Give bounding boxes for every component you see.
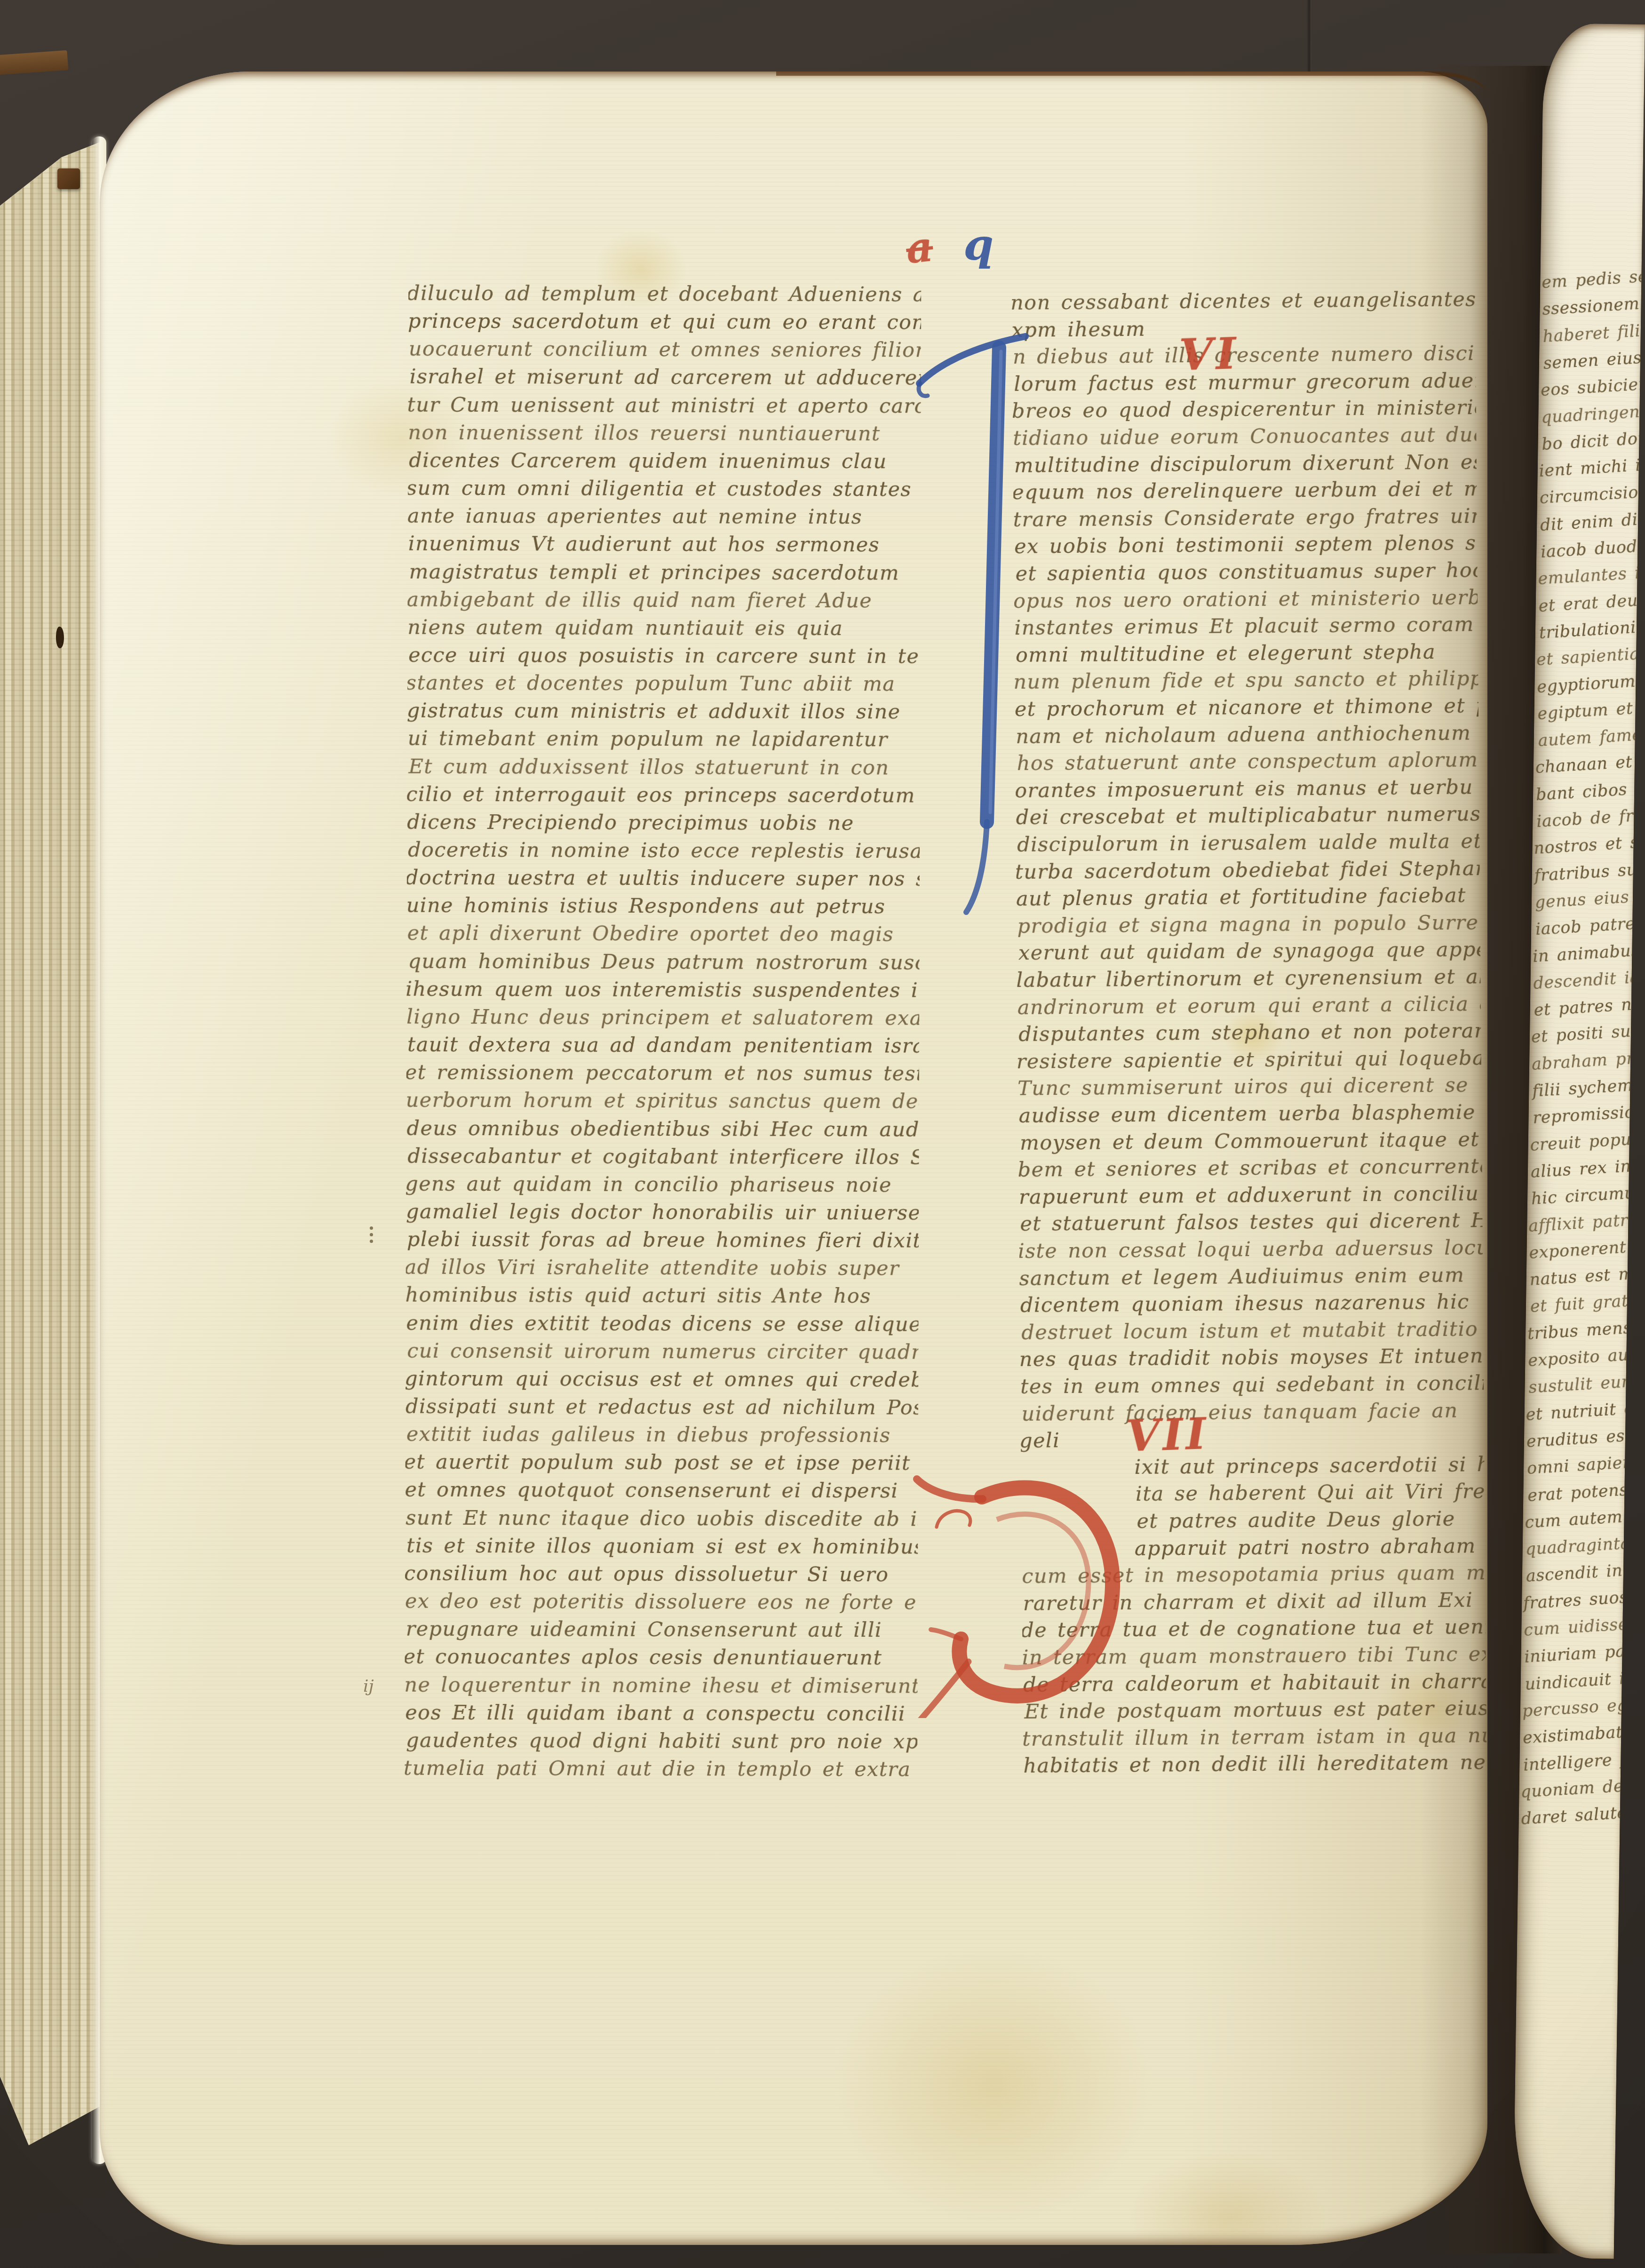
- leather-index-tab-small: [56, 627, 64, 648]
- text-line: emulantes ioseph: [1537, 561, 1645, 589]
- text-line: nostros et secundo: [1533, 830, 1645, 858]
- text-line: Et cum adduxissent illos statuerunt in c…: [409, 756, 890, 779]
- text-line: ihesum quem uos interemistis suspendente…: [405, 978, 921, 1002]
- text-line: gistratus cum ministris et adduxit illos…: [407, 700, 901, 724]
- text-line: prodigia et signa magna in populo Surre: [1017, 912, 1478, 938]
- text-line: chanaan et tribula: [1535, 749, 1645, 777]
- text-line: exponerent infantes: [1528, 1234, 1645, 1262]
- text-line: ambigebant de illis quid nam fieret Adue: [406, 589, 872, 612]
- text-line: gamaliel legis doctor honorabilis uir un…: [406, 1201, 921, 1225]
- text-line: dicentem quoniam ihesus nazarenus hic: [1020, 1291, 1470, 1317]
- text-line: enim dies extitit teodas dicens se esse …: [406, 1312, 921, 1336]
- text-line: orantes imposuerunt eis manus et uerbu: [1015, 776, 1473, 802]
- text-line: percusso egiptio: [1522, 1694, 1645, 1720]
- text-line: eos Et illi quidam ibant a conspectu con…: [405, 1702, 906, 1725]
- text-line: doctrina uestra et uultis inducere super…: [405, 867, 921, 891]
- text-line: magistratus templi et principes sacerdot…: [409, 561, 899, 584]
- text-line: iniuriam patientem: [1524, 1639, 1645, 1667]
- text-line: sum cum omni diligentia et custodes stan…: [406, 477, 912, 501]
- text-line: uiderunt faciem eius tanquam facie an: [1021, 1400, 1458, 1425]
- text-line: haberet filium locut: [1542, 318, 1645, 346]
- text-line: ssessionem et semini e: [1542, 289, 1645, 319]
- text-line: israhel et miserunt ad carcerem ut adduc…: [410, 366, 922, 390]
- text-line: hominibus istis quid acturi sitis Ante h…: [405, 1284, 871, 1308]
- text-line: erat potens in uerbis: [1527, 1476, 1645, 1505]
- manuscript-photo: { "colors":{ "ink":"#6b5b3a", "rubric":"…: [0, 0, 1645, 2268]
- text-line: et apli dixerunt Obedire oportet deo mag…: [407, 923, 894, 946]
- text-line: non cessabant dicentes et euangelisantes: [1012, 288, 1477, 314]
- text-line: daret salutem illis: [1521, 1801, 1645, 1829]
- text-line: et remissionem peccatorum et nos sumus t…: [405, 1062, 921, 1085]
- text-line: disputantes cum stephano et non poterant: [1018, 1020, 1487, 1046]
- text-line: tis et sinite illos quoniam si est ex ho…: [406, 1535, 921, 1558]
- text-line: nam et nicholaum aduena anthiochenum: [1016, 722, 1471, 748]
- text-line: ad illos Viri israhelite attendite uobis…: [405, 1257, 899, 1280]
- text-line: sanctum et legem Audiuimus enim eum: [1019, 1264, 1464, 1290]
- text-line: et positi sunt: [1531, 1021, 1645, 1046]
- text-line: cilio et interrogauit eos princeps sacer…: [406, 783, 915, 807]
- text-line: et prochorum et nicanore et thimone et p…: [1015, 694, 1487, 721]
- text-line: non inuenissent illos reuersi nuntiaueru…: [408, 422, 880, 445]
- text-line: abraham pretio: [1531, 1047, 1645, 1074]
- chapter-numeral-6: VI: [1178, 332, 1240, 377]
- text-line: labatur libertinorum et cyrenensium et a…: [1016, 966, 1487, 992]
- text-line: afflixit patres: [1528, 1210, 1645, 1235]
- text-line: iste non cessat loqui uerba aduersus loc…: [1018, 1237, 1487, 1263]
- text-line: em pedis sed rep: [1541, 265, 1645, 292]
- text-line: multitudine discipulorum dixerunt Non es…: [1014, 451, 1487, 477]
- text-line: et nutriuit eum: [1526, 1398, 1645, 1424]
- text-line: stantes et docentes populum Tunc abiit m…: [406, 672, 896, 696]
- text-line: circumcisionis e: [1539, 481, 1645, 507]
- text-line: et sapientia quos constituamus super hoc: [1015, 559, 1484, 585]
- text-line: et conuocantes aplos cesis denuntiauerun…: [405, 1646, 882, 1670]
- text-line: discipulorum in ierusalem ualde multa et…: [1017, 830, 1487, 856]
- text-line: ui timebant enim populum ne lapidarentur: [408, 728, 888, 751]
- text-line: xpm ihesum: [1012, 318, 1145, 342]
- quire-mark-red: a: [904, 225, 935, 269]
- text-line: ient michi in loco: [1539, 453, 1645, 480]
- text-line: quam hominibus Deus patrum nostrorum sus…: [408, 950, 921, 974]
- margin-paragraph-mark: [369, 1223, 373, 1251]
- text-line: alius rex in egipto: [1530, 1154, 1645, 1181]
- text-line: ex deo est poteritis dissoluere eos ne f…: [405, 1591, 921, 1614]
- text-line: hic circumueniens: [1531, 1181, 1645, 1209]
- text-line: quadraginta anno: [1525, 1531, 1645, 1559]
- text-line: dicens Precipiendo precipimus uobis ne: [407, 811, 854, 835]
- text-line: geli: [1019, 1430, 1060, 1452]
- leather-index-tab: [57, 168, 80, 189]
- text-line: equum nos derelinquere uerbum dei et min…: [1012, 478, 1487, 504]
- text-line: instantes erimus Et placuit sermo coram: [1014, 613, 1474, 639]
- text-line: uocauerunt concilium et omnes seniores f…: [409, 338, 921, 362]
- text-line: princeps sacerdotum et qui cum eo erant …: [408, 310, 921, 334]
- text-line: audisse eum dicentem uerba blasphemie in: [1019, 1101, 1488, 1127]
- text-line: tes in eum omnes qui sedebant in concili…: [1020, 1372, 1487, 1398]
- margin-ij-mark: ij: [363, 1678, 374, 1695]
- text-line: aut plenus gratia et fortitudine facieba…: [1016, 885, 1466, 911]
- text-line: tribus mensibus: [1527, 1317, 1645, 1343]
- text-line: omni multitudine et elegerunt stepha: [1016, 641, 1436, 667]
- text-line: exposito autem illo: [1527, 1342, 1645, 1370]
- text-line: gintorum qui occisus est et omnes qui cr…: [405, 1368, 921, 1391]
- margin-red-hook: [935, 1507, 974, 1532]
- text-line: egyptiorum et constitu: [1536, 666, 1645, 696]
- text-line: tribulationibus: [1539, 617, 1645, 643]
- text-line: et auertit populum sub post se et ipse p…: [405, 1451, 911, 1475]
- text-line: tur Cum uenissent aut ministri et aperto…: [407, 394, 922, 417]
- text-line: iacob duodecim pa: [1540, 533, 1645, 561]
- text-line: repugnare uideamini Consenserunt aut ill…: [406, 1618, 882, 1642]
- text-line: sunt Et nunc itaque dico uobis discedite…: [405, 1507, 921, 1530]
- text-line: egiptum et super o: [1537, 695, 1645, 723]
- text-line: Tunc summiserunt uiros qui dicerent se: [1017, 1074, 1469, 1100]
- text-line: lorum factus est murmur grecorum aduersu…: [1014, 369, 1487, 396]
- text-line: iacob patrem in su: [1535, 911, 1645, 939]
- text-line: quadringentis gente: [1541, 398, 1645, 427]
- text-line: et statuerunt falsos testes qui dicerent…: [1020, 1210, 1487, 1235]
- text-line: consilium hoc aut opus dissoluetur Si ue…: [405, 1562, 889, 1586]
- text-line: dissipati sunt et redactus est ad nichil…: [405, 1396, 921, 1420]
- text-line: genus eius Mitte: [1534, 885, 1645, 912]
- text-line: iacob de frumenti: [1536, 804, 1645, 831]
- text-line: quoniam deus per: [1520, 1774, 1645, 1801]
- text-line: n diebus aut illis crescente numero disc…: [1013, 342, 1487, 368]
- text-line: cum autem implere: [1524, 1504, 1645, 1532]
- text-line: tauit dextera sua ad dandam penitentiam …: [407, 1034, 921, 1058]
- text-line: et erat deus cum eo: [1538, 587, 1645, 615]
- text-line: intelligere fratres: [1523, 1747, 1645, 1775]
- illuminated-initial-d: [911, 1464, 1137, 1718]
- text-line: resistere sapientie et spiritui qui loqu…: [1017, 1047, 1487, 1073]
- text-line: rapuerunt eum et adduxerunt in conciliu: [1019, 1183, 1479, 1209]
- text-line: natus est moyses: [1529, 1262, 1645, 1289]
- text-line: fratres suos filios: [1523, 1585, 1645, 1613]
- text-line: transtulit illum in terram istam in qua …: [1022, 1724, 1487, 1751]
- text-line: tumelia pati Omni aut die in templo et e…: [405, 1758, 922, 1782]
- text-line: cui consensit uirorum numerus circiter q…: [407, 1340, 921, 1363]
- text-line: gaudentes quod digni habiti sunt pro noi…: [406, 1729, 921, 1753]
- text-line: semen eius aduena: [1543, 345, 1645, 373]
- text-line: et patres nostri: [1534, 994, 1645, 1020]
- text-line: moysen et deum Commouerunt itaque et ple: [1020, 1128, 1487, 1154]
- text-line: trare mensis Considerate ergo fratres ui…: [1013, 505, 1488, 531]
- text-line: deus omnibus obedientibus sibi Hec cum a…: [406, 1117, 921, 1141]
- text-line: sustulit eum filia: [1528, 1370, 1645, 1397]
- quire-mark-blue: q: [963, 223, 993, 266]
- text-line: hos statuerunt ante conspectum aplorum e…: [1017, 749, 1487, 775]
- text-line: ex uobis boni testimonii septem plenos s…: [1014, 532, 1487, 558]
- text-line: gens aut quidam in concilio phariseus no…: [405, 1173, 892, 1196]
- text-line: dit enim die octo: [1540, 507, 1645, 534]
- text-line: turba sacerdotum obediebat fidei Stephan…: [1015, 857, 1487, 883]
- text-line: eos subicient et mal: [1540, 371, 1645, 400]
- illuminated-initial-i: [914, 323, 1031, 925]
- text-line: ascendit in cor eius: [1526, 1557, 1645, 1586]
- text-line: eruditus est moyses: [1526, 1422, 1645, 1451]
- text-line: ne loquerentur in nomine ihesu et dimise…: [405, 1674, 921, 1697]
- text-line: breos eo quod despicerentur in ministeri…: [1012, 397, 1487, 423]
- text-line: diluculo ad templum et docebant Aduenien…: [407, 283, 921, 306]
- text-line: ligno Hunc deus principem et saluatorem …: [406, 1006, 921, 1029]
- text-line: dei crescebat et multiplicabatur numerus: [1016, 804, 1481, 829]
- text-line: ecce uiri quos posuistis in carcere sunt…: [408, 645, 921, 668]
- text-line: bo dicit dominus: [1541, 427, 1645, 454]
- text-line: habitatis et non dedit illi hereditatem …: [1023, 1751, 1487, 1777]
- text-line: inuenimus Vt audierunt aut hos sermones: [408, 533, 880, 557]
- text-line: fratribus suis et m: [1534, 857, 1645, 885]
- text-line: num plenum fide et spu sancto et philipp…: [1013, 668, 1487, 693]
- text-column-left: diluculo ad templum et docebant Aduenien…: [405, 283, 922, 1818]
- chapter-numeral-7: VII: [1125, 1412, 1209, 1458]
- text-line: repromissionis: [1532, 1102, 1645, 1127]
- text-line: cum uidisset quen: [1523, 1612, 1645, 1639]
- manuscript-page: a q diluculo ad templum et docebant Adue…: [100, 72, 1487, 2245]
- text-line: creuit populus et: [1530, 1127, 1645, 1154]
- text-line: descendit iacob in e: [1533, 964, 1645, 993]
- text-line: uindicauit illum: [1525, 1667, 1645, 1694]
- text-line: andrinorum et eorum qui erant a cilicia …: [1017, 992, 1487, 1019]
- text-line: ante ianuas aperientes aut nemine intus: [407, 505, 862, 529]
- text-line: et patres audite Deus glorie: [1136, 1508, 1455, 1533]
- text-line: extitit iudas galileus in diebus profess…: [406, 1424, 891, 1447]
- text-line: destruet locum istum et mutabit traditio: [1021, 1318, 1478, 1344]
- book-cover-edge: [0, 50, 68, 75]
- text-line: tidiano uidue eorum Conuocantes aut duod…: [1013, 423, 1487, 450]
- text-line: uerborum horum et spiritus sanctus quem …: [406, 1090, 922, 1113]
- text-line: opus nos uero orationi et ministerio uer…: [1013, 587, 1487, 613]
- text-line: dissecabantur et cogitabant interficere …: [407, 1145, 921, 1169]
- text-line: uine hominis istius Respondens aut petru…: [406, 895, 886, 918]
- text-line: filii sychem Cum: [1532, 1074, 1645, 1100]
- text-line: autem fames in uni: [1538, 722, 1645, 750]
- text-line: bem et seniores et scribas et concurrent…: [1017, 1155, 1487, 1181]
- text-line: nes quas tradidit nobis moyses Et intuen: [1019, 1345, 1484, 1371]
- text-line: et omnes quotquot consenserunt ei disper…: [405, 1479, 898, 1503]
- text-line: doceretis in nomine isto ecce replestis …: [408, 839, 921, 863]
- text-line: et fuit gratus deo: [1530, 1289, 1645, 1316]
- book-fore-edge: [0, 141, 103, 2159]
- text-line: plebi iussit foras ad breue homines fier…: [407, 1229, 921, 1252]
- text-line: bant cibos patres: [1535, 777, 1645, 804]
- text-line: existimabat autem: [1522, 1720, 1645, 1748]
- text-line: dicentes Carcerem quidem inuenimus clau: [409, 449, 887, 473]
- text-line: xerunt aut quidam de synagoga que appel: [1018, 939, 1487, 964]
- text-line: in animabus: [1532, 941, 1640, 966]
- text-line: omni sapientia: [1526, 1452, 1645, 1478]
- text-line: et sapientiam in cons: [1536, 640, 1645, 669]
- text-line: niens autem quidam nuntiauit eis quia: [407, 616, 843, 640]
